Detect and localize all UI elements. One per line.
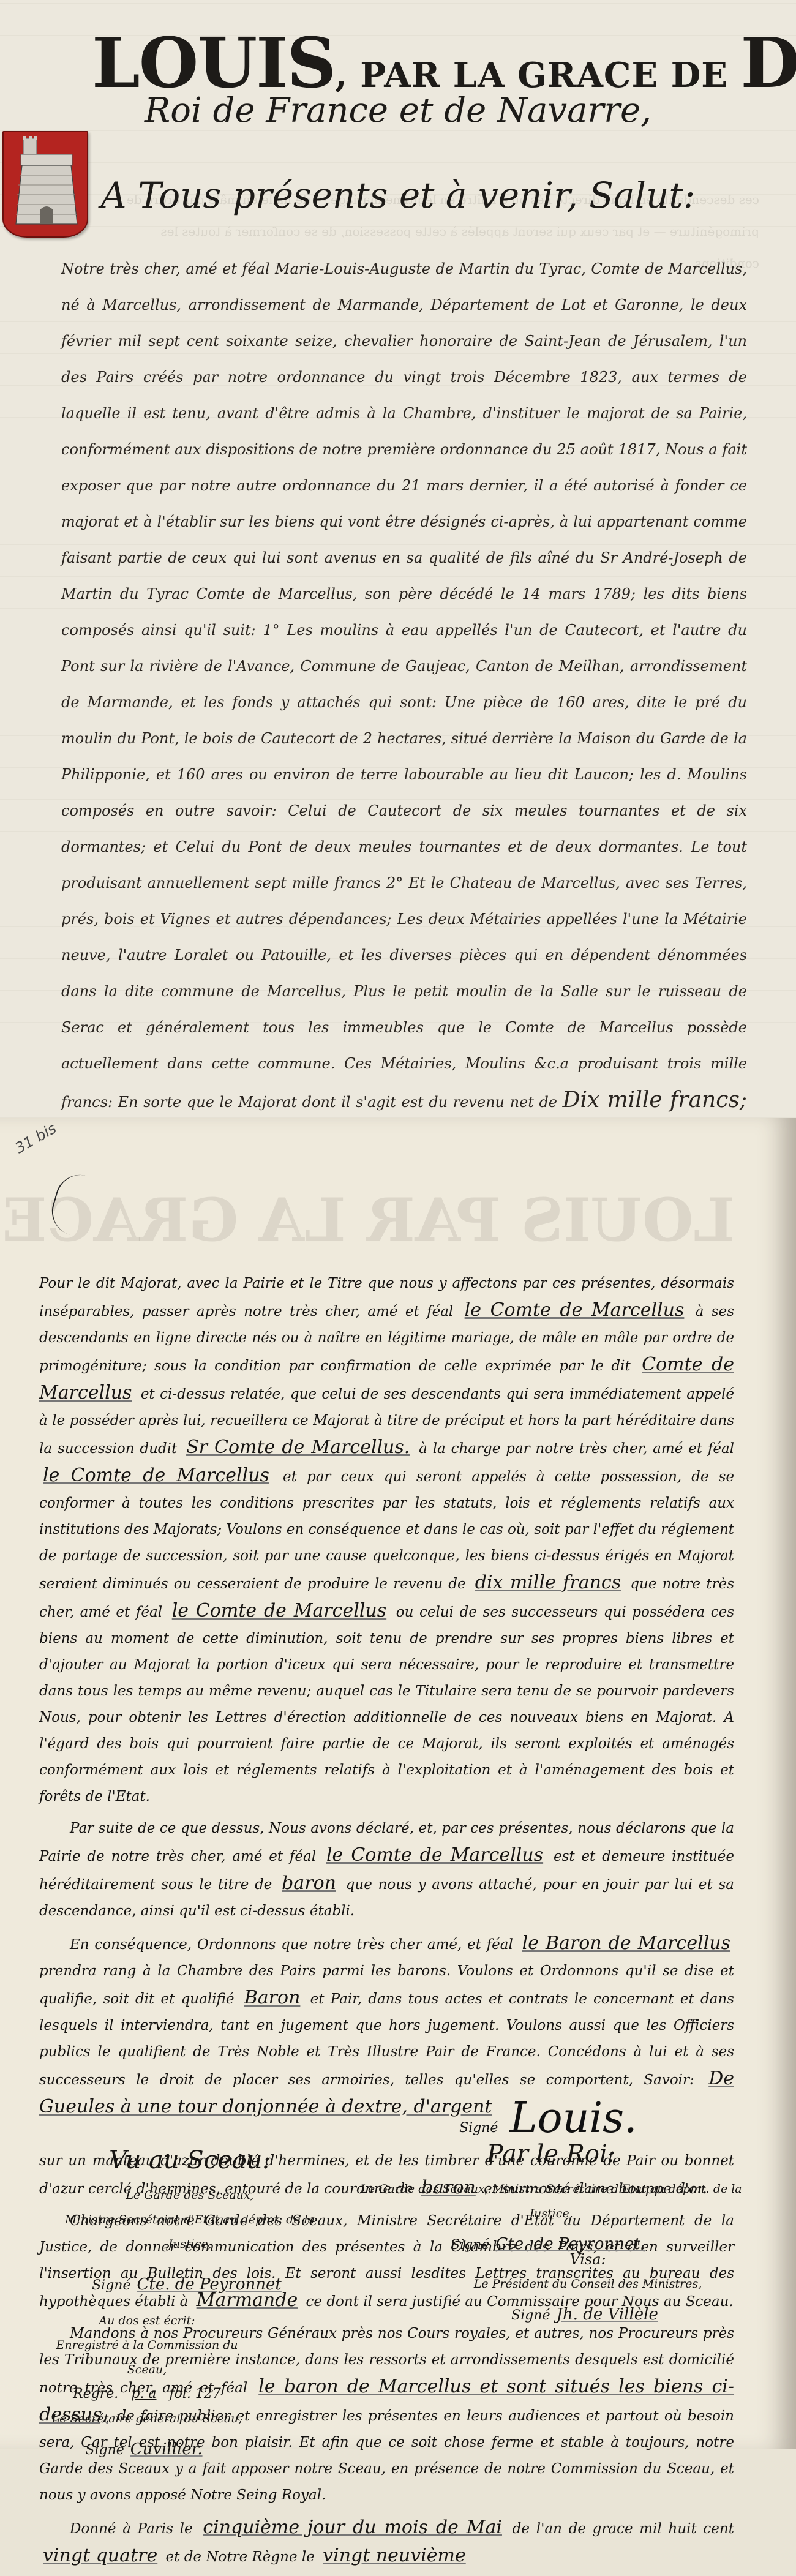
par-le-roi-block: Par le Roi: Le Garde des Sceaux, Ministr… bbox=[343, 2140, 759, 2264]
vu-au-sceau-block: Vu au Sceau: Le Garde des Sceaux, Minist… bbox=[43, 2146, 337, 2304]
paragraph-majorat-succession: Pour le dit Majorat, avec la Pairie et l… bbox=[39, 1271, 734, 1810]
endorsement-block: Au dos est écrit: Enregistré à la Commis… bbox=[43, 2308, 251, 2449]
secretary-signature: Cuvillier. bbox=[124, 2440, 209, 2449]
royal-title-line: Roi de France et de Navarre, bbox=[0, 91, 796, 130]
tower-icon bbox=[4, 132, 87, 236]
royal-signature: Signé Louis. bbox=[459, 2094, 637, 2142]
title-grace: , PAR LA GRACE DE bbox=[335, 55, 740, 96]
bleed-through-title: LOUIS PAR LA GRACE DE DIEU bbox=[73, 1185, 735, 1255]
seal-signature: Cte. de Peyronnet bbox=[131, 2275, 288, 2294]
paragraph-peerage-declaration: Par suite de ce que dessus, Nous avons d… bbox=[39, 1816, 734, 1924]
king-signature-name: Louis. bbox=[509, 2094, 637, 2142]
salutation: A Tous présents et à venir, Salut: bbox=[0, 175, 796, 216]
document-page-1: ces descendants en ligne directe nés ou … bbox=[0, 0, 796, 1118]
visa-signature: Jh. de Villèle bbox=[550, 2305, 664, 2324]
revenue-amount: Dix mille francs; bbox=[563, 1087, 747, 1113]
coat-of-arms-icon bbox=[2, 131, 88, 238]
visa-block: Visa: Le Président du Conseil des Minist… bbox=[441, 2247, 735, 2334]
